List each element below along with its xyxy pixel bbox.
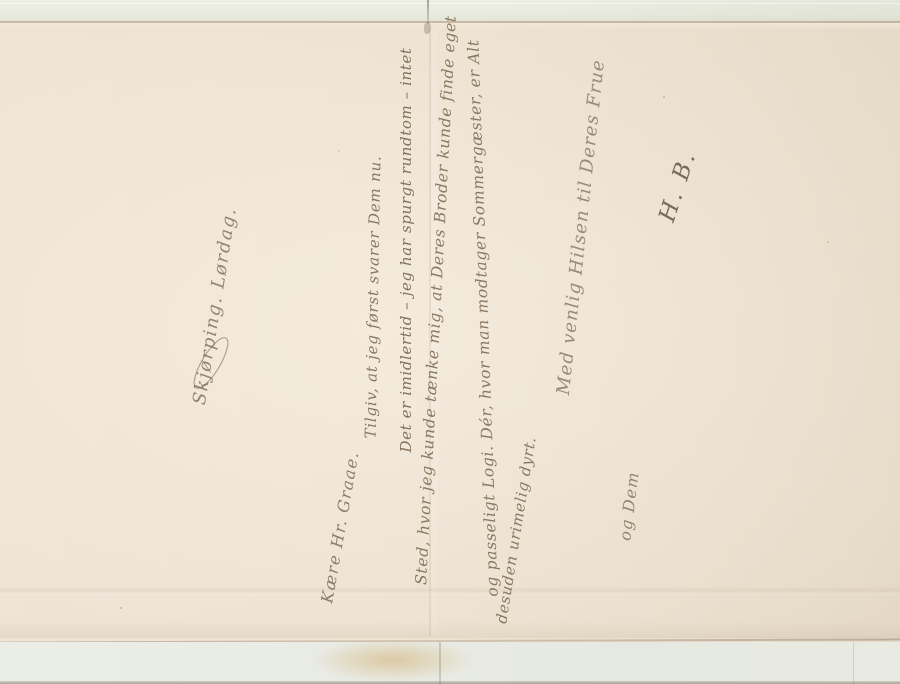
salutation: Kære Hr. Graae. [317, 449, 363, 604]
bottom-fold-shade [0, 621, 900, 638]
horizontal-fold-crease [0, 586, 900, 596]
paper-speck [827, 241, 829, 243]
closing-line: Med venlig Hilsen til Deres Frue [553, 58, 609, 396]
paper-speck [663, 96, 665, 98]
body-line: Det er imidlertid – jeg har spurgt rundt… [397, 47, 415, 452]
closing-line: og Dem [615, 470, 642, 541]
body-line: Tilgiv, at jeg først svarer Dem nu. [362, 155, 385, 438]
paper-speck [120, 607, 122, 609]
bottom-right-seam [853, 642, 854, 684]
bottom-center-crack [439, 642, 441, 684]
body-line: og passeligt Logi. Dér, hvor man modtage… [464, 39, 501, 597]
letter-photo: Skjørping. Lørdag. Kære Hr. Graae. Tilgi… [0, 0, 900, 684]
lower-sheet-edge [0, 642, 900, 684]
upper-sheet-highlight [0, 3, 900, 4]
signature-flourish-loop [183, 329, 238, 397]
top-center-crack [427, 0, 429, 24]
paper-speck [338, 150, 340, 152]
signature-initials: H. B. [654, 147, 702, 225]
